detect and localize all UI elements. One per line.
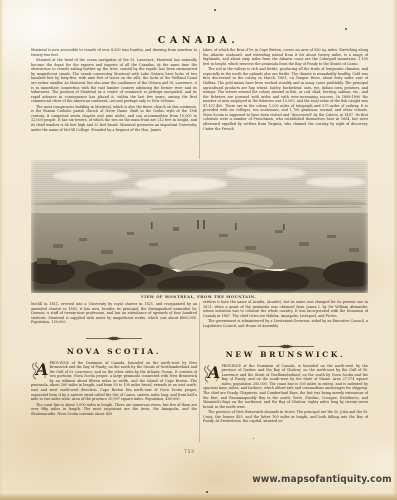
ornament-divider [258,343,314,350]
page-title: CANADA. [0,35,397,46]
paragraph: lakes, of which the Bras d'Or, in Cape B… [203,48,368,66]
engraving-caption: VIEW OF MONTREAL, FROM THE MOUNTAIN. [0,295,397,299]
foxing-speck [214,9,216,11]
column-rule [199,49,200,159]
paragraph: PROVINCE of the Dominion of Canada, boun… [31,361,197,402]
paragraph: PROVINCE of the Dominion of Canada, is b… [203,364,368,410]
paragraph: Montreal is now accessible to vessels of… [31,48,197,57]
montreal-panorama-engraving [31,160,368,293]
watermark: www.mapsofantiquity.com [253,474,392,485]
nova-scotia-continued-column: settlers it bore the name of Acadia, (Ac… [203,300,368,338]
new-brunswick-section: NEW BRUNSWICK. A PROVINCE of the Dominio… [203,350,368,450]
paragraph: The province of New Brunswick abounds in… [203,410,368,424]
paragraph: The soil in the valleys is rich and fert… [203,67,368,131]
paragraph: The coast line is about 1,000 miles in l… [31,403,197,417]
paragraph: McGill in 1811, erected into a Universit… [31,302,197,325]
montreal-continued-column: McGill in 1811, erected into a Universit… [31,302,197,330]
paragraph: The most conspicuous building in Montrea… [31,105,197,132]
nova-scotia-heading: NOVA SCOTIA. [31,347,197,357]
paragraph: settlers it bore the name of Acadia, (Ac… [203,300,368,318]
montreal-panorama-art [31,160,368,293]
nova-scotia-section: NOVA SCOTIA. A PROVINCE of the Dominion … [31,347,197,443]
ornament-divider [86,335,142,342]
canada-left-column: Montreal is now accessible to vessels of… [31,48,197,161]
new-brunswick-dropcap: A [203,364,220,383]
new-brunswick-heading: NEW BRUNSWICK. [203,350,368,360]
nova-scotia-dropcap: A [31,361,48,380]
paper-edge-bottom [0,493,397,500]
paper-edge-left [0,0,3,500]
paper-edge-right [393,0,397,500]
paragraph: Situated at the head of the ocean naviga… [31,58,197,104]
foxing-speck [206,491,208,493]
atlas-page: CANADA. Montreal is now accessible to ve… [0,0,397,500]
page-number: 733 [184,450,195,455]
paragraph: The government is administered by a Lieu… [203,319,368,328]
nova-scotia-right-column: lakes, of which the Bras d'Or, in Cape B… [203,48,368,158]
foxing-speck [345,28,347,30]
column-rule [199,302,200,442]
